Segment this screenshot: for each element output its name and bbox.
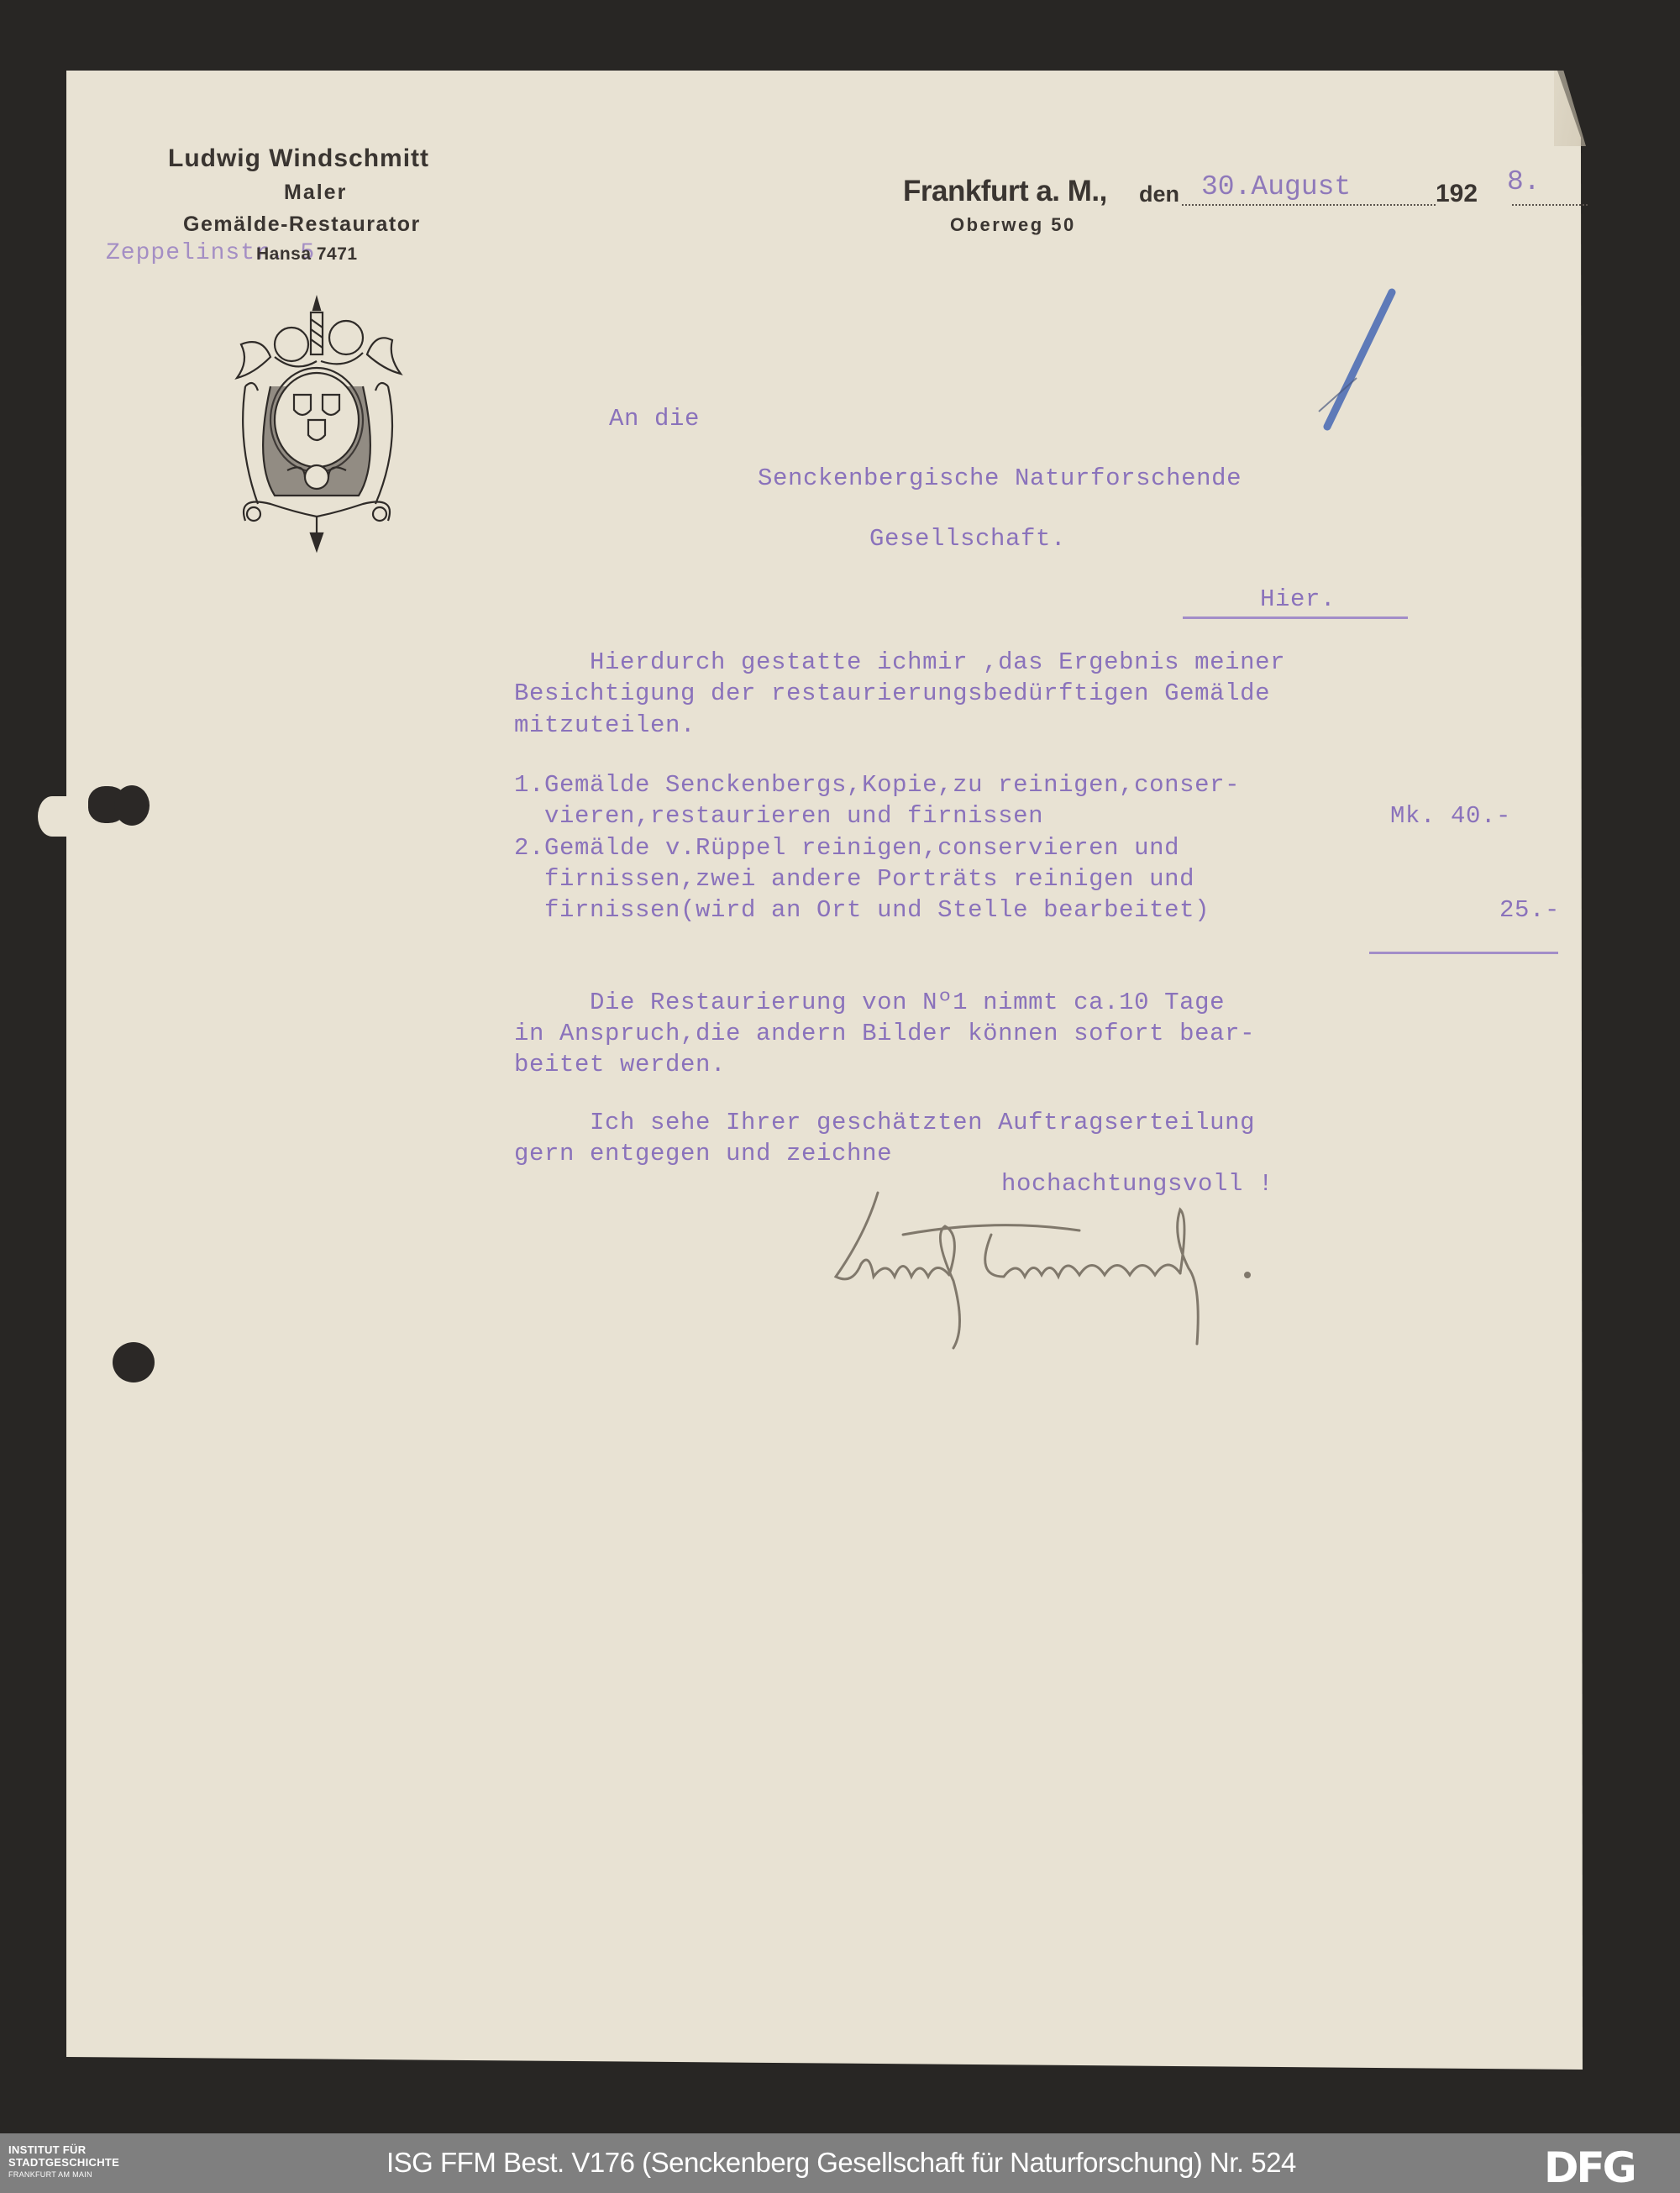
item1-price: Mk. 40.- — [1390, 802, 1511, 830]
punch-hole-bottom — [113, 1342, 155, 1382]
crest-icon — [220, 294, 413, 554]
paragraph1-line-3: mitzuteilen. — [514, 711, 696, 739]
edge-notch — [38, 796, 66, 837]
letterhead-name: Ludwig Windschmitt — [168, 144, 429, 173]
paragraph1-line-2: Besichtigung der restaurierungsbedürftig… — [514, 679, 1270, 707]
paragraph3-line-1: Ich sehe Ihrer geschätzten Auftragsertei… — [514, 1109, 1255, 1136]
letterhead-phone: Hansa 7471 — [256, 244, 358, 265]
salutation-line: An die — [609, 405, 700, 433]
recipient-line-1: Senckenbergische Naturforschende — [758, 464, 1242, 492]
letterhead-profession: Maler — [284, 181, 347, 205]
year-dotted-line — [1512, 204, 1588, 206]
den-label: den — [1139, 181, 1179, 207]
paragraph2-line-3: beitet werden. — [514, 1051, 726, 1078]
location-underline — [1183, 616, 1408, 619]
archive-caption: ISG FFM Best. V176 (Senckenberg Gesellsc… — [386, 2147, 1296, 2179]
paragraph2-line-2: in Anspruch,die andern Bilder können sof… — [514, 1020, 1255, 1047]
paragraph2-line-1: Die Restaurierung von Nº1 nimmt ca.10 Ta… — [514, 989, 1225, 1016]
pencil-mark-icon — [1310, 286, 1403, 437]
date-dotted-line — [1182, 204, 1436, 206]
institute-line-3: FRANKFURT AM MAIN — [8, 2169, 119, 2181]
year-prefix: 192 — [1436, 180, 1478, 208]
institute-line-2: STADTGESCHICHTE — [8, 2156, 119, 2169]
archive-footer: INSTITUT FÜR STADTGESCHICHTE FRANKFURT A… — [0, 2133, 1680, 2193]
item1-line-1: 1.Gemälde Senckenbergs,Kopie,zu reinigen… — [514, 771, 1240, 799]
signature-icon — [827, 1184, 1415, 1352]
dfg-logo: DFG — [1544, 2143, 1635, 2192]
institute-line-1: INSTITUT FÜR — [8, 2143, 86, 2156]
year-typed: 8. — [1507, 166, 1541, 197]
place-label: Frankfurt a. M., — [903, 175, 1107, 208]
item2-line-2: firnissen,zwei andere Porträts reinigen … — [514, 865, 1194, 893]
location-line: Hier. — [1260, 585, 1336, 613]
date-typed: 30.August — [1201, 171, 1351, 202]
sum-underline — [1369, 952, 1558, 954]
institute-logo: INSTITUT FÜR STADTGESCHICHTE FRANKFURT A… — [8, 2143, 119, 2181]
item1-line-2: vieren,restaurieren und firnissen — [514, 802, 1043, 830]
punch-hole-top-lobe — [114, 785, 150, 826]
letterhead-title: Gemälde-Restaurator — [183, 212, 421, 237]
recipient-line-2: Gesellschaft. — [869, 525, 1066, 553]
item2-price: 25.- — [1499, 896, 1560, 924]
printed-street: Oberweg 50 — [950, 214, 1076, 236]
paragraph1-line-1: Hierdurch gestatte ichmir ,das Ergebnis … — [514, 648, 1285, 676]
item2-line-1: 2.Gemälde v.Rüppel reinigen,conservieren… — [514, 834, 1179, 862]
paragraph3-line-2: gern entgegen und zeichne — [514, 1140, 892, 1167]
item2-line-3: firnissen(wird an Ort und Stelle bearbei… — [514, 896, 1210, 924]
